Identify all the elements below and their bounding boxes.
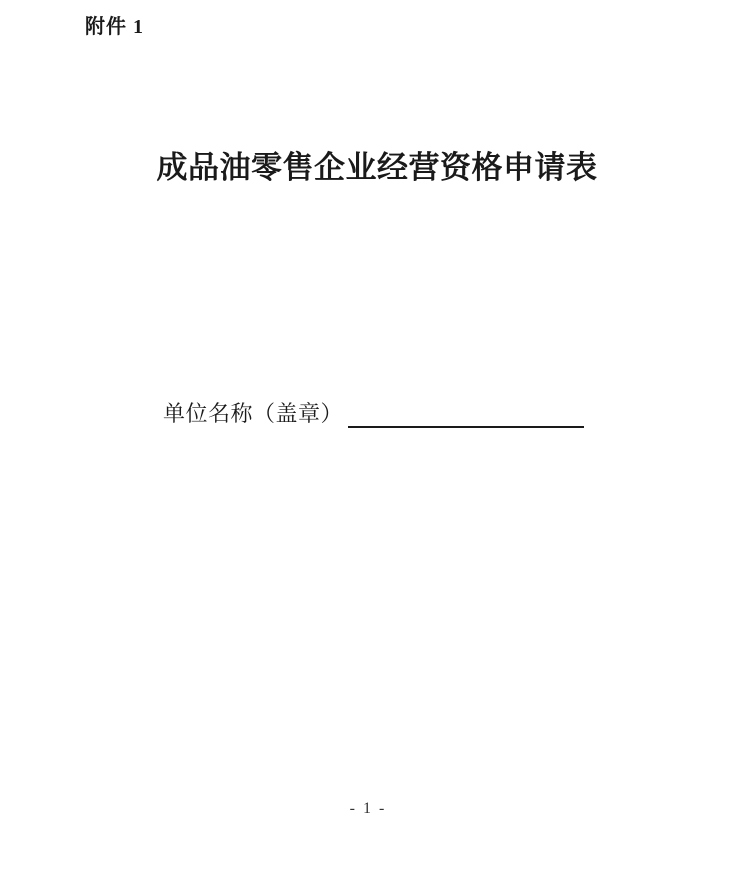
unit-name-blank-field <box>348 402 584 428</box>
unit-name-line: 单位名称（盖章） <box>163 397 584 428</box>
document-page: 附件 1 成品油零售企业经营资格申请表 单位名称（盖章） - 1 - <box>0 0 736 883</box>
attachment-label: 附件 1 <box>85 10 144 39</box>
unit-name-label: 单位名称（盖章） <box>163 401 343 426</box>
page-number: - 1 - <box>0 800 736 818</box>
page-title: 成品油零售企业经营资格申请表 <box>0 142 736 187</box>
